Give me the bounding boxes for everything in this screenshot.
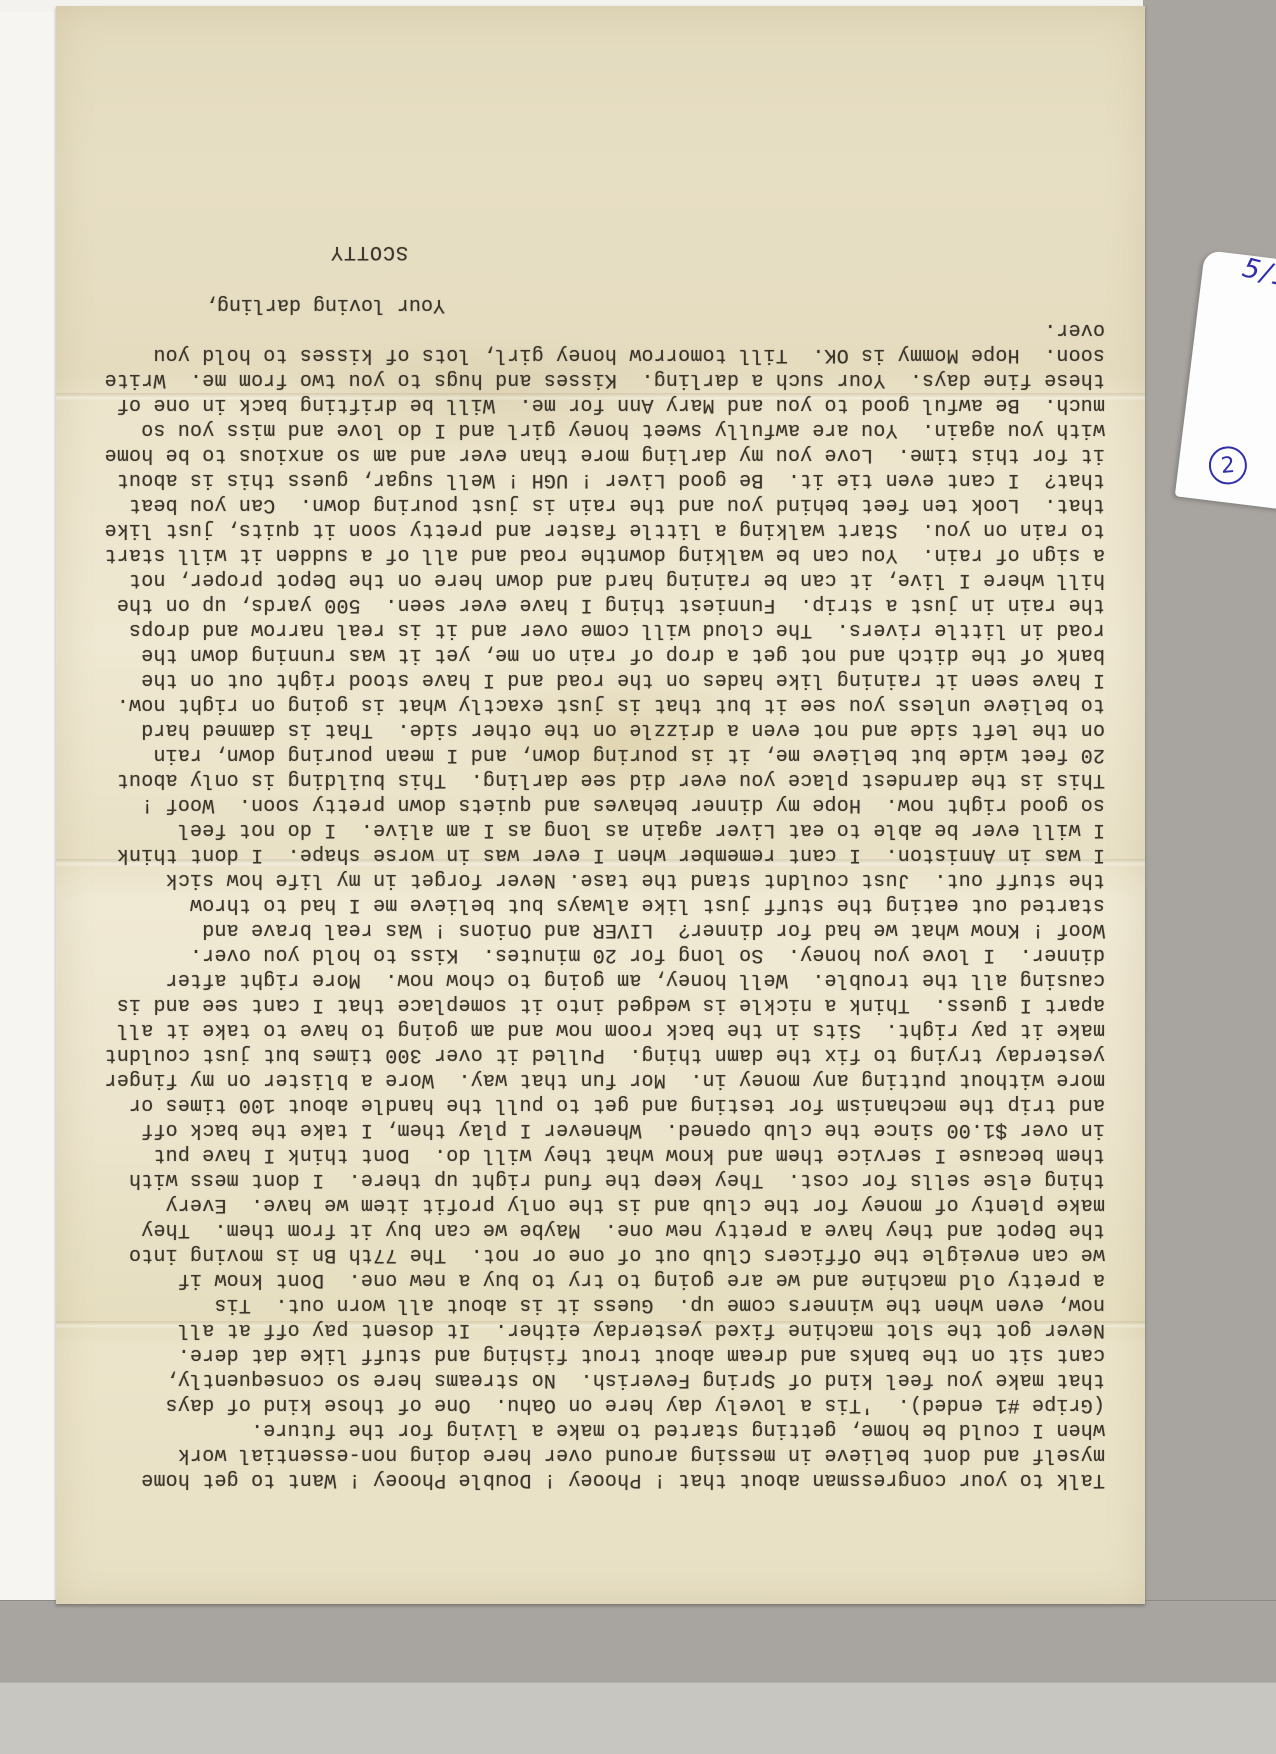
letter-page: Talk to your congressman about that ! Ph… (56, 6, 1145, 1604)
letter-line: that make you feel kind of Spring Feveri… (78, 1367, 1105, 1392)
letter-line: cant sit on the banks and dream about tr… (78, 1342, 1105, 1367)
letter-line: dinner. I love you honey. So long for 20… (78, 942, 1105, 967)
label-page-number-annotation: 2 (1207, 445, 1248, 486)
letter-line: started out eating the stuff just like a… (78, 892, 1105, 917)
letter-line: a pretty old machine and we are going to… (78, 1267, 1105, 1292)
letter-line: soon. Hope Mommy is OK. Till tomorrow ho… (78, 342, 1105, 367)
letter-line: on the left side and not even a drizzle … (78, 717, 1105, 742)
scan-background-bottom-strip (0, 1682, 1276, 1754)
letter-line: I was in Anniston. I cant remember when … (78, 842, 1105, 867)
letter-line: the stuff out. Just couldnt stand the ta… (78, 867, 1105, 892)
letter-line: thing else sells for cost. They keep the… (78, 1167, 1105, 1192)
letter-line: make it pay right. Sits in the back room… (78, 1017, 1105, 1042)
letter-line: now, even when the winners come up. Gues… (78, 1292, 1105, 1317)
letter-line: Never got the slot machine fixed yesterd… (78, 1317, 1105, 1342)
letter-line: I have seen it raining like hades on the… (78, 667, 1105, 692)
letter-line: make plenty of money for the club and is… (78, 1192, 1105, 1217)
letter-line: bank of the ditch and not get a drop of … (78, 642, 1105, 667)
signature: SCOTTY (78, 239, 408, 264)
letter-line: when I could be home, getting started to… (78, 1417, 1105, 1442)
letter-line: we can enveigle the Officers Club out of… (78, 1242, 1105, 1267)
letter-line: Talk to your congressman about that ! Ph… (78, 1467, 1105, 1492)
letter-line: so good right now. Hope my dinner behave… (78, 792, 1105, 817)
upside-down-letter: Talk to your congressman about that ! Ph… (56, 6, 1145, 1604)
letter-line: them because I service them and know wha… (78, 1142, 1105, 1167)
letter-line: over. (78, 317, 1105, 342)
letter-line: myself and dont believe in messing aroun… (78, 1442, 1105, 1467)
letter-line: that? I cant even tie it. Be good Liver … (78, 467, 1105, 492)
letter-line: I will ever be able to eat Liver again a… (78, 817, 1105, 842)
letter-body: Talk to your congressman about that ! Ph… (78, 317, 1105, 1492)
letter-line: a sign of rain. You can be walking downt… (78, 542, 1105, 567)
letter-line: road in little rivers. The cloud will co… (78, 617, 1105, 642)
letter-line: to rain on you. Start walking a little f… (78, 517, 1105, 542)
letter-line: This is the darndest place you ever did … (78, 767, 1105, 792)
letter-line: hill where I live, it can be raining har… (78, 567, 1105, 592)
letter-line: in over $1.00 since the club opened. Whe… (78, 1117, 1105, 1142)
letter-line: these fine days. Your such a darling. Ki… (78, 367, 1105, 392)
letter-line: much. Be awful good to you and Mary Ann … (78, 392, 1105, 417)
letter-line: Woof ! Know what we had for dinner? LIVE… (78, 917, 1105, 942)
scan-background-right (1143, 0, 1276, 1682)
letter-line: the rain in just a strip. Funniest thing… (78, 592, 1105, 617)
scan-background-bottom (0, 1600, 1276, 1683)
valediction: Your loving darling, (78, 292, 445, 317)
letter-line: 20 feet wide but believe me, it is pouri… (78, 742, 1105, 767)
letter-line: yesterday trying to fix the damn thing. … (78, 1042, 1105, 1067)
letter-line: it for this time. Love you my darling mo… (78, 442, 1105, 467)
letter-line: causing all the trouble. Well honey, am … (78, 967, 1105, 992)
letter-line: apart I guess. Think a nickle is wedged … (78, 992, 1105, 1017)
letter-line: with you again. You are awfully sweet ho… (78, 417, 1105, 442)
letter-line: and trip the mechanism for testing and g… (78, 1092, 1105, 1117)
letter-line: to believe unless you see it but that is… (78, 692, 1105, 717)
letter-line: the Depot and they have a pretty new one… (78, 1217, 1105, 1242)
letter-line: that. Look ten feet behind you and the r… (78, 492, 1105, 517)
scan-margin-left (0, 0, 57, 1600)
letter-line: (Gripe #1 ended). 'Tis a lovely day here… (78, 1392, 1105, 1417)
label-date-annotation: 5/16/44 (1239, 252, 1276, 311)
letter-line: more without putting any money in. Mor f… (78, 1067, 1105, 1092)
